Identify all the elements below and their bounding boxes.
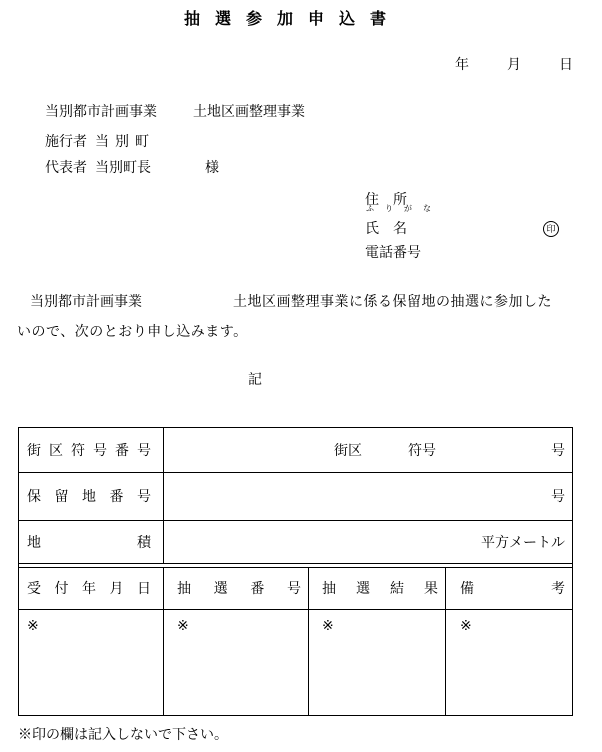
land-area-value-cell: 平方メートル xyxy=(164,521,572,563)
date-day-label: 日 xyxy=(559,57,573,72)
remarks-entry-cell: ※ xyxy=(446,610,572,715)
reception-date-header-cell: 受付年月日 xyxy=(19,568,164,610)
lottery-number-header-cell: 抽選番号 xyxy=(164,568,309,610)
lottery-result-header-cell: 抽選結果 xyxy=(309,568,446,610)
section-mark: 記 xyxy=(248,372,262,387)
date-line: 年 月 日 xyxy=(455,57,573,72)
office-use-mark: ※ xyxy=(460,618,472,633)
furigana-label: ふりがな xyxy=(366,205,442,213)
phone-label: 電話番号 xyxy=(365,245,421,260)
table-row-land-area: 地積 平方メートル xyxy=(19,521,572,563)
table-row-block-symbol-number: 街区符号番号 街区 符号 号 xyxy=(19,428,572,473)
date-month-label: 月 xyxy=(507,57,521,72)
table-row-reserved-land-number: 保留地番号 号 xyxy=(19,473,572,521)
reserved-land-number-unit: 号 xyxy=(551,489,565,504)
representative-label: 代表者 xyxy=(45,160,87,175)
seal-character: 印 xyxy=(546,225,555,234)
table-row-office-use-headers: 受付年月日 抽選番号 抽選結果 備考 xyxy=(19,568,572,610)
table-row-office-use-cells: ※ ※ ※ ※ xyxy=(19,610,572,715)
value-symbol-label: 符号 xyxy=(408,443,436,458)
lottery-result-entry-cell: ※ xyxy=(309,610,446,715)
value-number-unit: 号 xyxy=(551,443,565,458)
land-area-label-cell: 地積 xyxy=(19,521,164,563)
representative-value: 当別町長 xyxy=(95,160,151,175)
seal-icon: 印 xyxy=(543,221,559,237)
executor-value: 当別町 xyxy=(95,134,155,149)
application-table: 街区符号番号 街区 符号 号 保留地番号 号 地積 平方メートル 受付年月日 xyxy=(18,427,573,716)
application-form-page: 抽選参加申込書 年 月 日 当別都市計画事業 土地区画整理事業 施行者 当別町 … xyxy=(0,0,602,752)
executor-label: 施行者 xyxy=(45,134,87,149)
office-use-mark: ※ xyxy=(27,618,39,633)
name-label: 氏 名 xyxy=(365,221,407,236)
project-line-prefix: 当別都市計画事業 xyxy=(45,104,157,119)
office-use-mark: ※ xyxy=(177,618,189,633)
body-line1-suffix: 土地区画整理事業に係る保留地の抽選に参加した xyxy=(233,294,552,309)
block-symbol-number-value-cell: 街区 符号 号 xyxy=(164,428,572,473)
body-line1-prefix: 当別都市計画事業 xyxy=(30,294,142,309)
value-block-label: 街区 xyxy=(334,443,362,458)
honorific-label: 様 xyxy=(205,160,219,175)
remarks-header-cell: 備考 xyxy=(446,568,572,610)
reception-date-entry-cell: ※ xyxy=(19,610,164,715)
footnote: ※印の欄は記入しないで下さい。 xyxy=(18,727,228,742)
date-year-label: 年 xyxy=(455,57,469,72)
office-use-mark: ※ xyxy=(322,618,334,633)
project-line-suffix: 土地区画整理事業 xyxy=(193,104,305,119)
reserved-land-number-label-cell: 保留地番号 xyxy=(19,473,164,521)
body-line2: いので、次のとおり申し込みます。 xyxy=(17,324,248,339)
reserved-land-number-value-cell: 号 xyxy=(164,473,572,521)
lottery-number-entry-cell: ※ xyxy=(164,610,309,715)
form-title: 抽選参加申込書 xyxy=(184,12,401,27)
block-symbol-number-label-cell: 街区符号番号 xyxy=(19,428,164,473)
land-area-unit: 平方メートル xyxy=(481,535,565,550)
